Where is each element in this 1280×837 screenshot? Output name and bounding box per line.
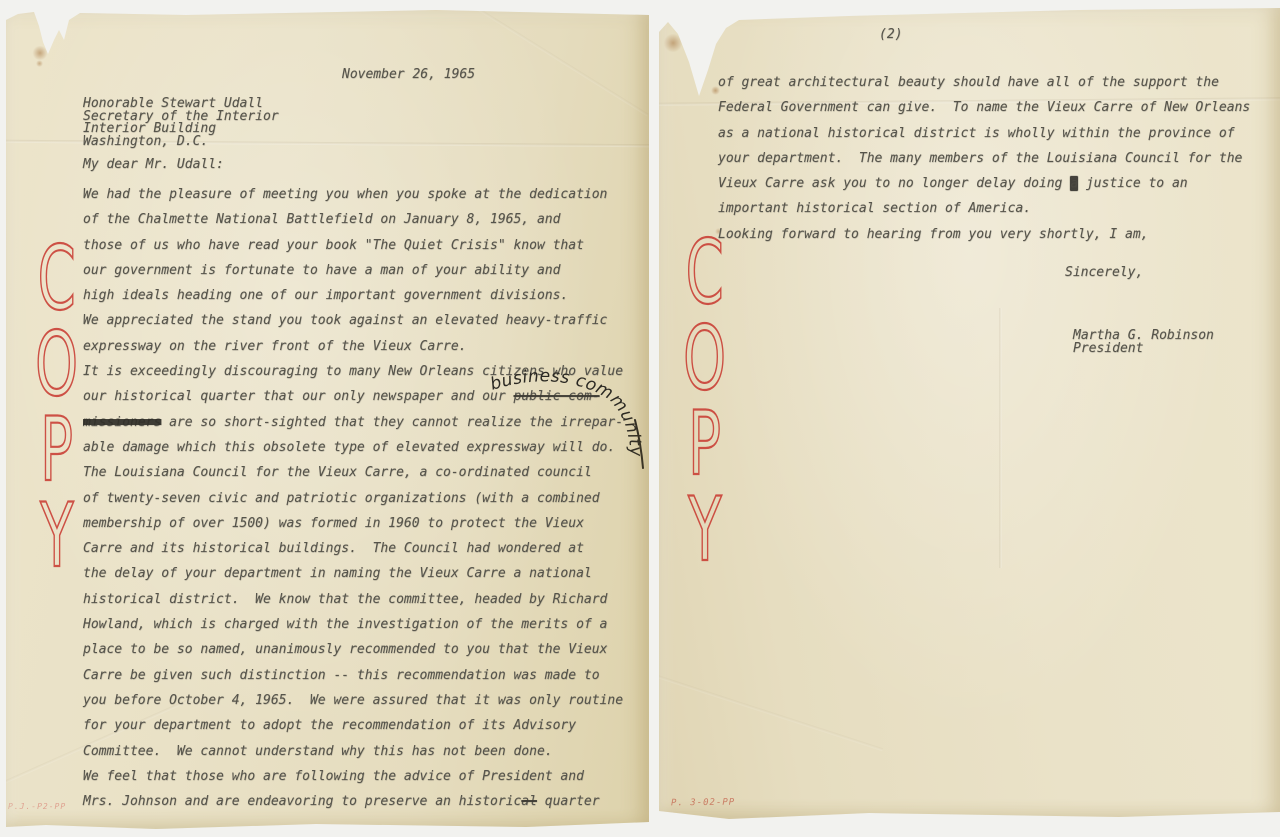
typed-segment: Howland, which is charged with the inves… (83, 617, 607, 632)
typed-segment: the delay of your department in naming t… (83, 566, 592, 581)
paper-crease (999, 308, 1002, 568)
typed-line: Mrs. Johnson and are endeavoring to pres… (83, 789, 623, 814)
typed-line: membership of over 1500) was formed in 1… (83, 511, 623, 536)
pen-stroke (635, 420, 643, 468)
typed-line: your department. The many members of the… (718, 146, 1250, 171)
typed-line: Vieux Carre ask you to no longer delay d… (718, 171, 1250, 196)
scan-background: { "colors": { "stamp_red": "#c8372e", "p… (0, 0, 1280, 837)
stamp-letter: P (689, 401, 722, 487)
typed-line: Carre and its historical buildings. The … (83, 536, 623, 561)
typed-segment: of twenty-seven civic and patriotic orga… (83, 491, 600, 506)
archive-code: P. 3-02-PP (671, 798, 735, 809)
typed-line: It is exceedingly discouraging to many N… (83, 359, 623, 384)
foxing-stain (663, 34, 683, 52)
signature-block: Martha G. Robinson President (1073, 330, 1214, 355)
typed-line: the delay of your department in naming t… (83, 561, 623, 586)
typed-line: Committee. We cannot understand why this… (83, 739, 623, 764)
typed-line: expressway on the river front of the Vie… (83, 334, 623, 359)
typed-segment: are so short-sighted that they cannot re… (161, 415, 623, 430)
typed-segment: place to be so named, unanimously recomm… (83, 642, 607, 657)
typed-segment: historical district. We know that the co… (83, 592, 607, 607)
page-number: (2) (879, 28, 902, 42)
stamp-letter: P (41, 407, 74, 493)
typed-segment-strike: public com- (513, 389, 599, 404)
typed-segment: our historical quarter that our only new… (83, 389, 513, 404)
date-line: November 26, 1965 (342, 68, 475, 82)
typed-segment: high ideals heading one of our important… (83, 288, 568, 303)
typed-line: Looking forward to hearing from you very… (718, 222, 1250, 247)
salutation: My dear Mr. Udall: (83, 158, 224, 172)
typed-segment-blot: a (1070, 176, 1078, 191)
typed-segment: Carre be given such distinction -- this … (83, 668, 600, 683)
typed-segment: Federal Government can give. To name the… (718, 100, 1250, 115)
closing: Sincerely, (1065, 266, 1143, 280)
typed-line: We appreciated the stand you took agains… (83, 308, 623, 333)
typed-segment: important historical section of America. (718, 201, 1031, 216)
typed-line: those of us who have read your book "The… (83, 233, 623, 258)
typed-line: We had the pleasure of meeting you when … (83, 182, 623, 207)
typed-segment: Carre and its historical buildings. The … (83, 541, 584, 556)
typed-line: place to be so named, unanimously recomm… (83, 637, 623, 662)
stamp-letter: O (684, 316, 727, 402)
typed-segment: justice to an (1078, 176, 1188, 191)
typed-segment: We feel that those who are following the… (83, 769, 584, 784)
signature-title: President (1073, 343, 1214, 356)
typed-segment: The Louisiana Council for the Vieux Carr… (83, 465, 592, 480)
copy-stamp: COPY (676, 230, 734, 572)
stamp-letter: Y (40, 493, 73, 579)
typed-segment: of the Chalmette National Battlefield on… (83, 212, 560, 227)
typed-segment: Committee. We cannot understand why this… (83, 744, 553, 759)
typed-line: our historical quarter that our only new… (83, 384, 623, 409)
typed-line: able damage which this obsolete type of … (83, 435, 623, 460)
typed-line: our government is fortunate to have a ma… (83, 258, 623, 283)
letter-page-2: (2) of great architectural beauty should… (659, 8, 1280, 820)
typed-line: for your department to adopt the recomme… (83, 713, 623, 738)
typed-line: important historical section of America. (718, 196, 1250, 221)
typed-segment: membership of over 1500) was formed in 1… (83, 516, 584, 531)
typed-line: historical district. We know that the co… (83, 587, 623, 612)
typed-segment: as a national historical district is who… (718, 126, 1235, 141)
typed-line: as a national historical district is who… (718, 121, 1250, 146)
typed-line: high ideals heading one of our important… (83, 283, 623, 308)
typed-line: missioners are so short-sighted that the… (83, 410, 623, 435)
typed-segment: for your department to adopt the recomme… (83, 718, 576, 733)
typed-segment: our government is fortunate to have a ma… (83, 263, 560, 278)
typed-segment: quarter (537, 794, 600, 809)
stamp-letter: C (38, 236, 76, 322)
typed-line: We feel that those who are following the… (83, 764, 623, 789)
typed-segment: your department. The many members of the… (718, 151, 1242, 166)
typed-line: Federal Government can give. To name the… (718, 95, 1250, 120)
typed-segment: Vieux Carre ask you to no longer delay d… (718, 176, 1070, 191)
typed-segment: Mrs. Johnson and are endeavoring to pres… (83, 794, 521, 809)
letter-body-page-2: of great architectural beauty should hav… (718, 70, 1250, 247)
typed-segment: Looking forward to hearing from you very… (718, 227, 1148, 242)
typed-segment: of great architectural beauty should hav… (718, 75, 1219, 90)
letter-page-1: November 26, 1965 Honorable Stewart Udal… (6, 10, 649, 830)
typed-line: of twenty-seven civic and patriotic orga… (83, 486, 623, 511)
foxing-stain (32, 46, 48, 60)
typed-line: Carre be given such distinction -- this … (83, 663, 623, 688)
letter-body-page-1: We had the pleasure of meeting you when … (83, 182, 623, 814)
copy-stamp: COPY (28, 236, 86, 578)
typed-segment: expressway on the river front of the Vie… (83, 339, 467, 354)
typed-line: The Louisiana Council for the Vieux Carr… (83, 460, 623, 485)
stamp-letter: Y (688, 487, 721, 573)
foxing-stain (36, 60, 43, 67)
typed-segment: It is exceedingly discouraging to many N… (83, 364, 623, 379)
typed-segment: those of us who have read your book "The… (83, 238, 584, 253)
typed-segment: able damage which this obsolete type of … (83, 440, 615, 455)
typed-line: of great architectural beauty should hav… (718, 70, 1250, 95)
typed-line: of the Chalmette National Battlefield on… (83, 207, 623, 232)
stamp-letter: O (36, 322, 79, 408)
archive-code: P.J.-P2-PP (8, 802, 66, 811)
typed-segment-strike: al (521, 794, 537, 809)
typed-line: you before October 4, 1965. We were assu… (83, 688, 623, 713)
typed-segment: We had the pleasure of meeting you when … (83, 187, 607, 202)
recipient-line: Washington, D.C. (83, 136, 279, 149)
recipient-address: Honorable Stewart Udall Secretary of the… (83, 98, 279, 149)
typed-segment: you before October 4, 1965. We were assu… (83, 693, 623, 708)
paper-crease (635, 668, 883, 751)
typed-segment: We appreciated the stand you took agains… (83, 313, 607, 328)
typed-segment-scribble: missioners (83, 415, 161, 430)
paper-crease (443, 0, 648, 116)
typed-line: Howland, which is charged with the inves… (83, 612, 623, 637)
